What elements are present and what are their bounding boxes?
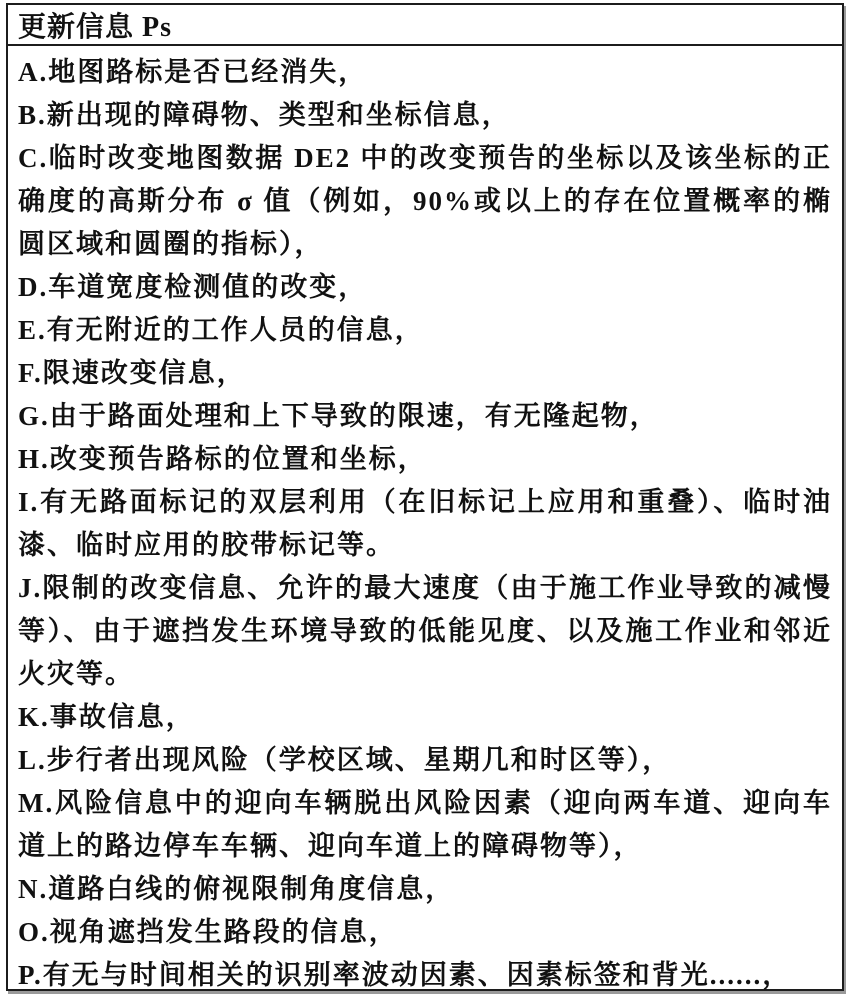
list-item-m: M.风险信息中的迎向车辆脱出风险因素（迎向两车道、迎向车道上的路边停车车辆、迎向… bbox=[18, 782, 832, 868]
list-item-b: B.新出现的障碍物、类型和坐标信息， bbox=[18, 94, 832, 137]
list-item-j: J.限制的改变信息、允许的最大速度（由于施工作业导致的减慢等）、由于遮挡发生环境… bbox=[18, 567, 832, 696]
update-info-table: 更新信息 Ps A.地图路标是否已经消失， B.新出现的障碍物、类型和坐标信息，… bbox=[6, 3, 844, 991]
table-header-row: 更新信息 Ps bbox=[8, 5, 842, 46]
list-item-f: F.限速改变信息， bbox=[18, 352, 832, 395]
list-item-i: I.有无路面标记的双层利用（在旧标记上应用和重叠）、临时油漆、临时应用的胶带标记… bbox=[18, 481, 832, 567]
list-item-h: H.改变预告路标的位置和坐标， bbox=[18, 438, 832, 481]
list-item-c: C.临时改变地图数据 DE2 中的改变预告的坐标以及该坐标的正确度的高斯分布 σ… bbox=[18, 137, 832, 266]
list-item-l: L.步行者出现风险（学校区域、星期几和时区等）， bbox=[18, 739, 832, 782]
document-page: 更新信息 Ps A.地图路标是否已经消失， B.新出现的障碍物、类型和坐标信息，… bbox=[0, 0, 852, 1000]
list-item-p: P.有无与时间相关的识别率波动因素、因素标签和背光......， bbox=[18, 954, 832, 997]
list-item-e: E.有无附近的工作人员的信息， bbox=[18, 309, 832, 352]
list-item-n: N.道路白线的俯视限制角度信息， bbox=[18, 868, 832, 911]
list-item-o: O.视角遮挡发生路段的信息， bbox=[18, 911, 832, 954]
list-item-k: K.事故信息， bbox=[18, 696, 832, 739]
table-body-cell: A.地图路标是否已经消失， B.新出现的障碍物、类型和坐标信息， C.临时改变地… bbox=[8, 46, 842, 997]
list-item-g: G.由于路面处理和上下导致的限速，有无隆起物， bbox=[18, 395, 832, 438]
list-item-a: A.地图路标是否已经消失， bbox=[18, 51, 832, 94]
table-title: 更新信息 Ps bbox=[18, 5, 172, 45]
list-item-d: D.车道宽度检测值的改变， bbox=[18, 266, 832, 309]
